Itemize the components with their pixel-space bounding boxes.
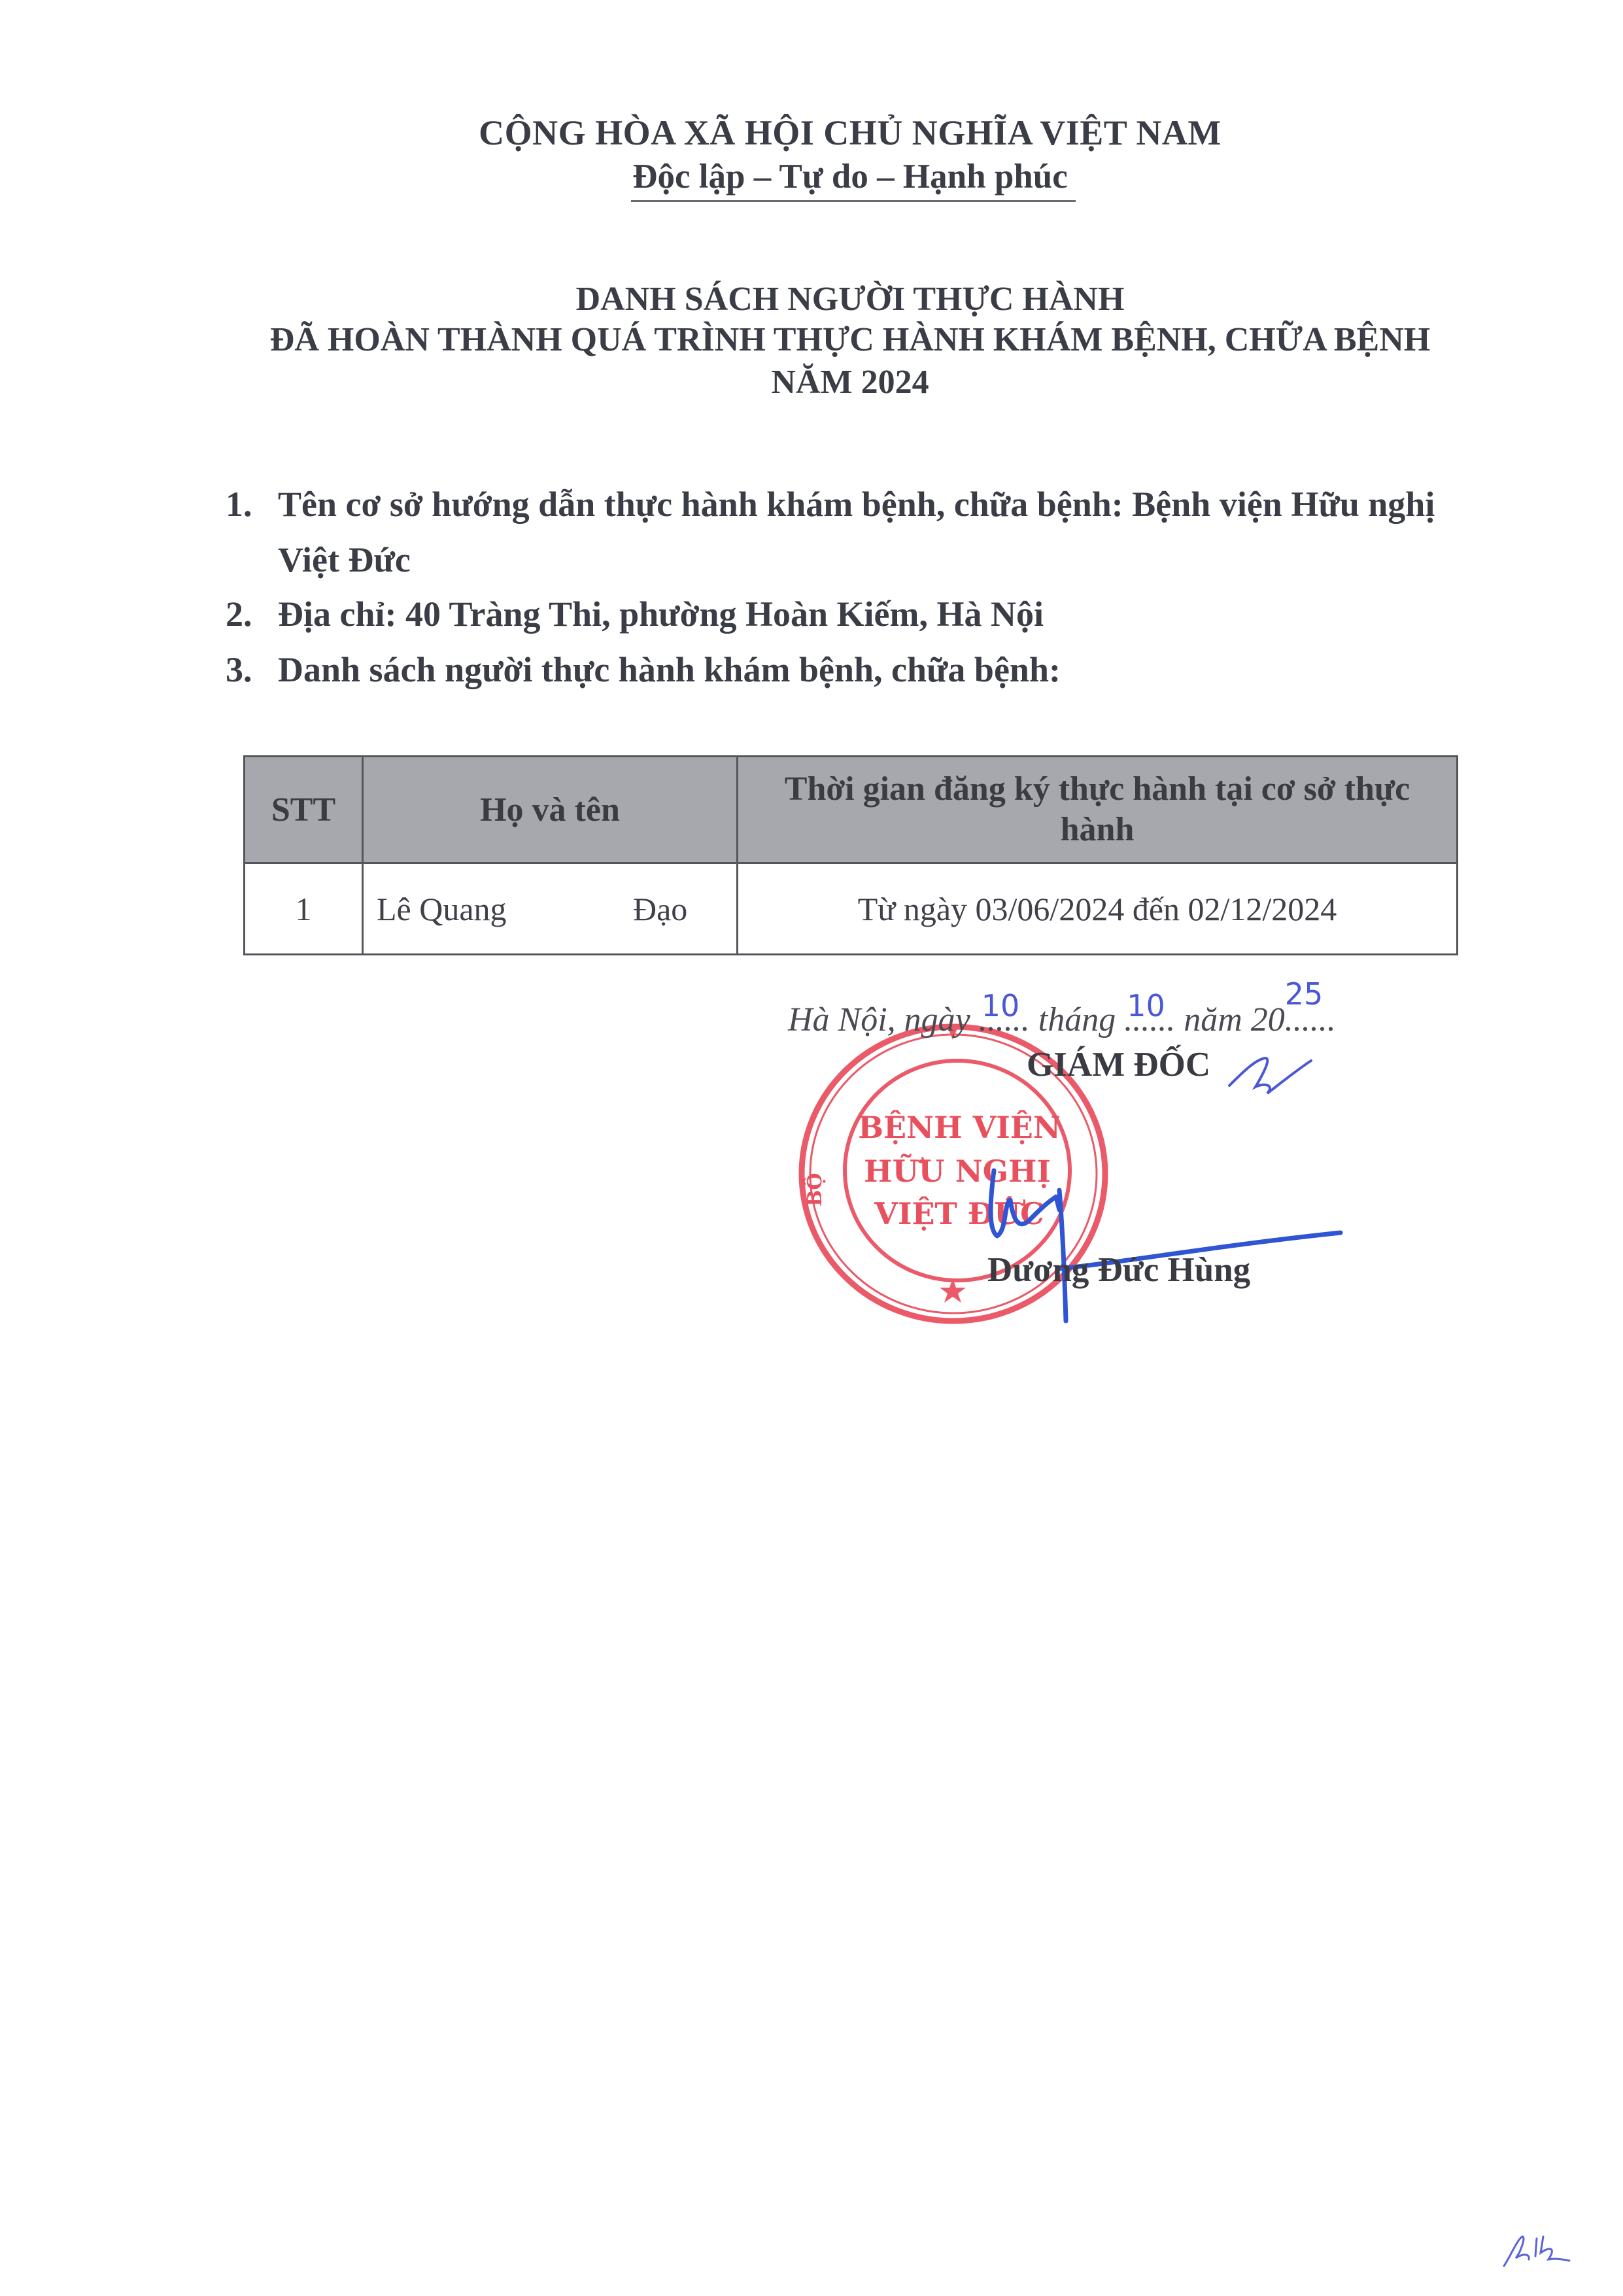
list-item-facility-name-continuation: Việt Đức — [0, 540, 1623, 585]
motto-underline — [631, 200, 1076, 202]
cell-full-name: Lê Quang Đạo — [363, 863, 738, 955]
document-title-line-3: NĂM 2024 — [0, 363, 1623, 402]
item-number: 1. — [226, 484, 252, 524]
month-label: tháng — [1030, 1001, 1124, 1038]
year-handwritten: 25 — [1285, 976, 1324, 1012]
item-number: 2. — [226, 594, 252, 634]
practitioner-table: STT Họ và tên Thời gian đăng ký thực hàn… — [243, 755, 1458, 955]
national-title: CỘNG HÒA XÃ HỘI CHỦ NGHĨA VIỆT NAM — [0, 112, 1623, 153]
national-motto: Độc lập – Tự do – Hạnh phúc — [0, 157, 1623, 196]
name-last-part: Đạo — [633, 890, 687, 928]
date-prefix: Hà Nội, ngày — [788, 1001, 979, 1038]
document-title-line-2: ĐÃ HOÀN THÀNH QUÁ TRÌNH THỰC HÀNH KHÁM B… — [0, 320, 1623, 359]
name-first-part: Lê Quang — [377, 890, 507, 928]
item-text: Tên cơ sở hướng dẫn thực hành khám bệnh,… — [278, 484, 1435, 524]
item-text: Danh sách người thực hành khám bệnh, chữ… — [278, 649, 1061, 690]
list-item-practitioner-list: 3. Danh sách người thực hành khám bệnh, … — [0, 649, 1623, 695]
page-initials — [1497, 2227, 1576, 2272]
month-field: ......10 — [1124, 1001, 1175, 1038]
item-number: 3. — [226, 649, 252, 690]
day-handwritten: 10 — [982, 988, 1020, 1023]
header-registration-period: Thời gian đăng ký thực hành tại cơ sở th… — [738, 757, 1458, 863]
stamp-rim-text: BỘ — [802, 1173, 827, 1207]
header-full-name: Họ và tên — [363, 757, 738, 863]
item-text-continuation: Việt Đức — [278, 540, 411, 580]
table-row: 1 Lê Quang Đạo Từ ngày 03/06/2024 đến 02… — [245, 863, 1458, 955]
cell-registration-period: Từ ngày 03/06/2024 đến 02/12/2024 — [738, 863, 1458, 955]
signer-position: GIÁM ĐỐC — [1027, 1045, 1210, 1084]
day-field: ......10 — [979, 1001, 1030, 1038]
cell-stt: 1 — [245, 863, 363, 955]
director-signature — [968, 1131, 1373, 1328]
year-label: năm 20 — [1175, 1001, 1285, 1038]
year-field: ......25 — [1285, 1001, 1336, 1038]
document-title-line-1: DANH SÁCH NGƯỜI THỰC HÀNH — [0, 280, 1623, 318]
month-handwritten: 10 — [1127, 988, 1165, 1023]
signer-name: Dương Đức Hùng — [987, 1250, 1250, 1290]
initial-mark — [1216, 1046, 1321, 1105]
list-item-facility-name: 1. Tên cơ sở hướng dẫn thực hành khám bệ… — [0, 484, 1623, 530]
item-text: Địa chỉ: 40 Tràng Thi, phường Hoàn Kiếm,… — [278, 594, 1044, 634]
table-header-row: STT Họ và tên Thời gian đăng ký thực hàn… — [245, 757, 1458, 863]
signing-date: Hà Nội, ngày ......10 tháng ......10 năm… — [788, 1001, 1336, 1039]
list-item-address: 2. Địa chỉ: 40 Tràng Thi, phường Hoàn Ki… — [0, 594, 1623, 640]
header-stt: STT — [245, 757, 363, 863]
